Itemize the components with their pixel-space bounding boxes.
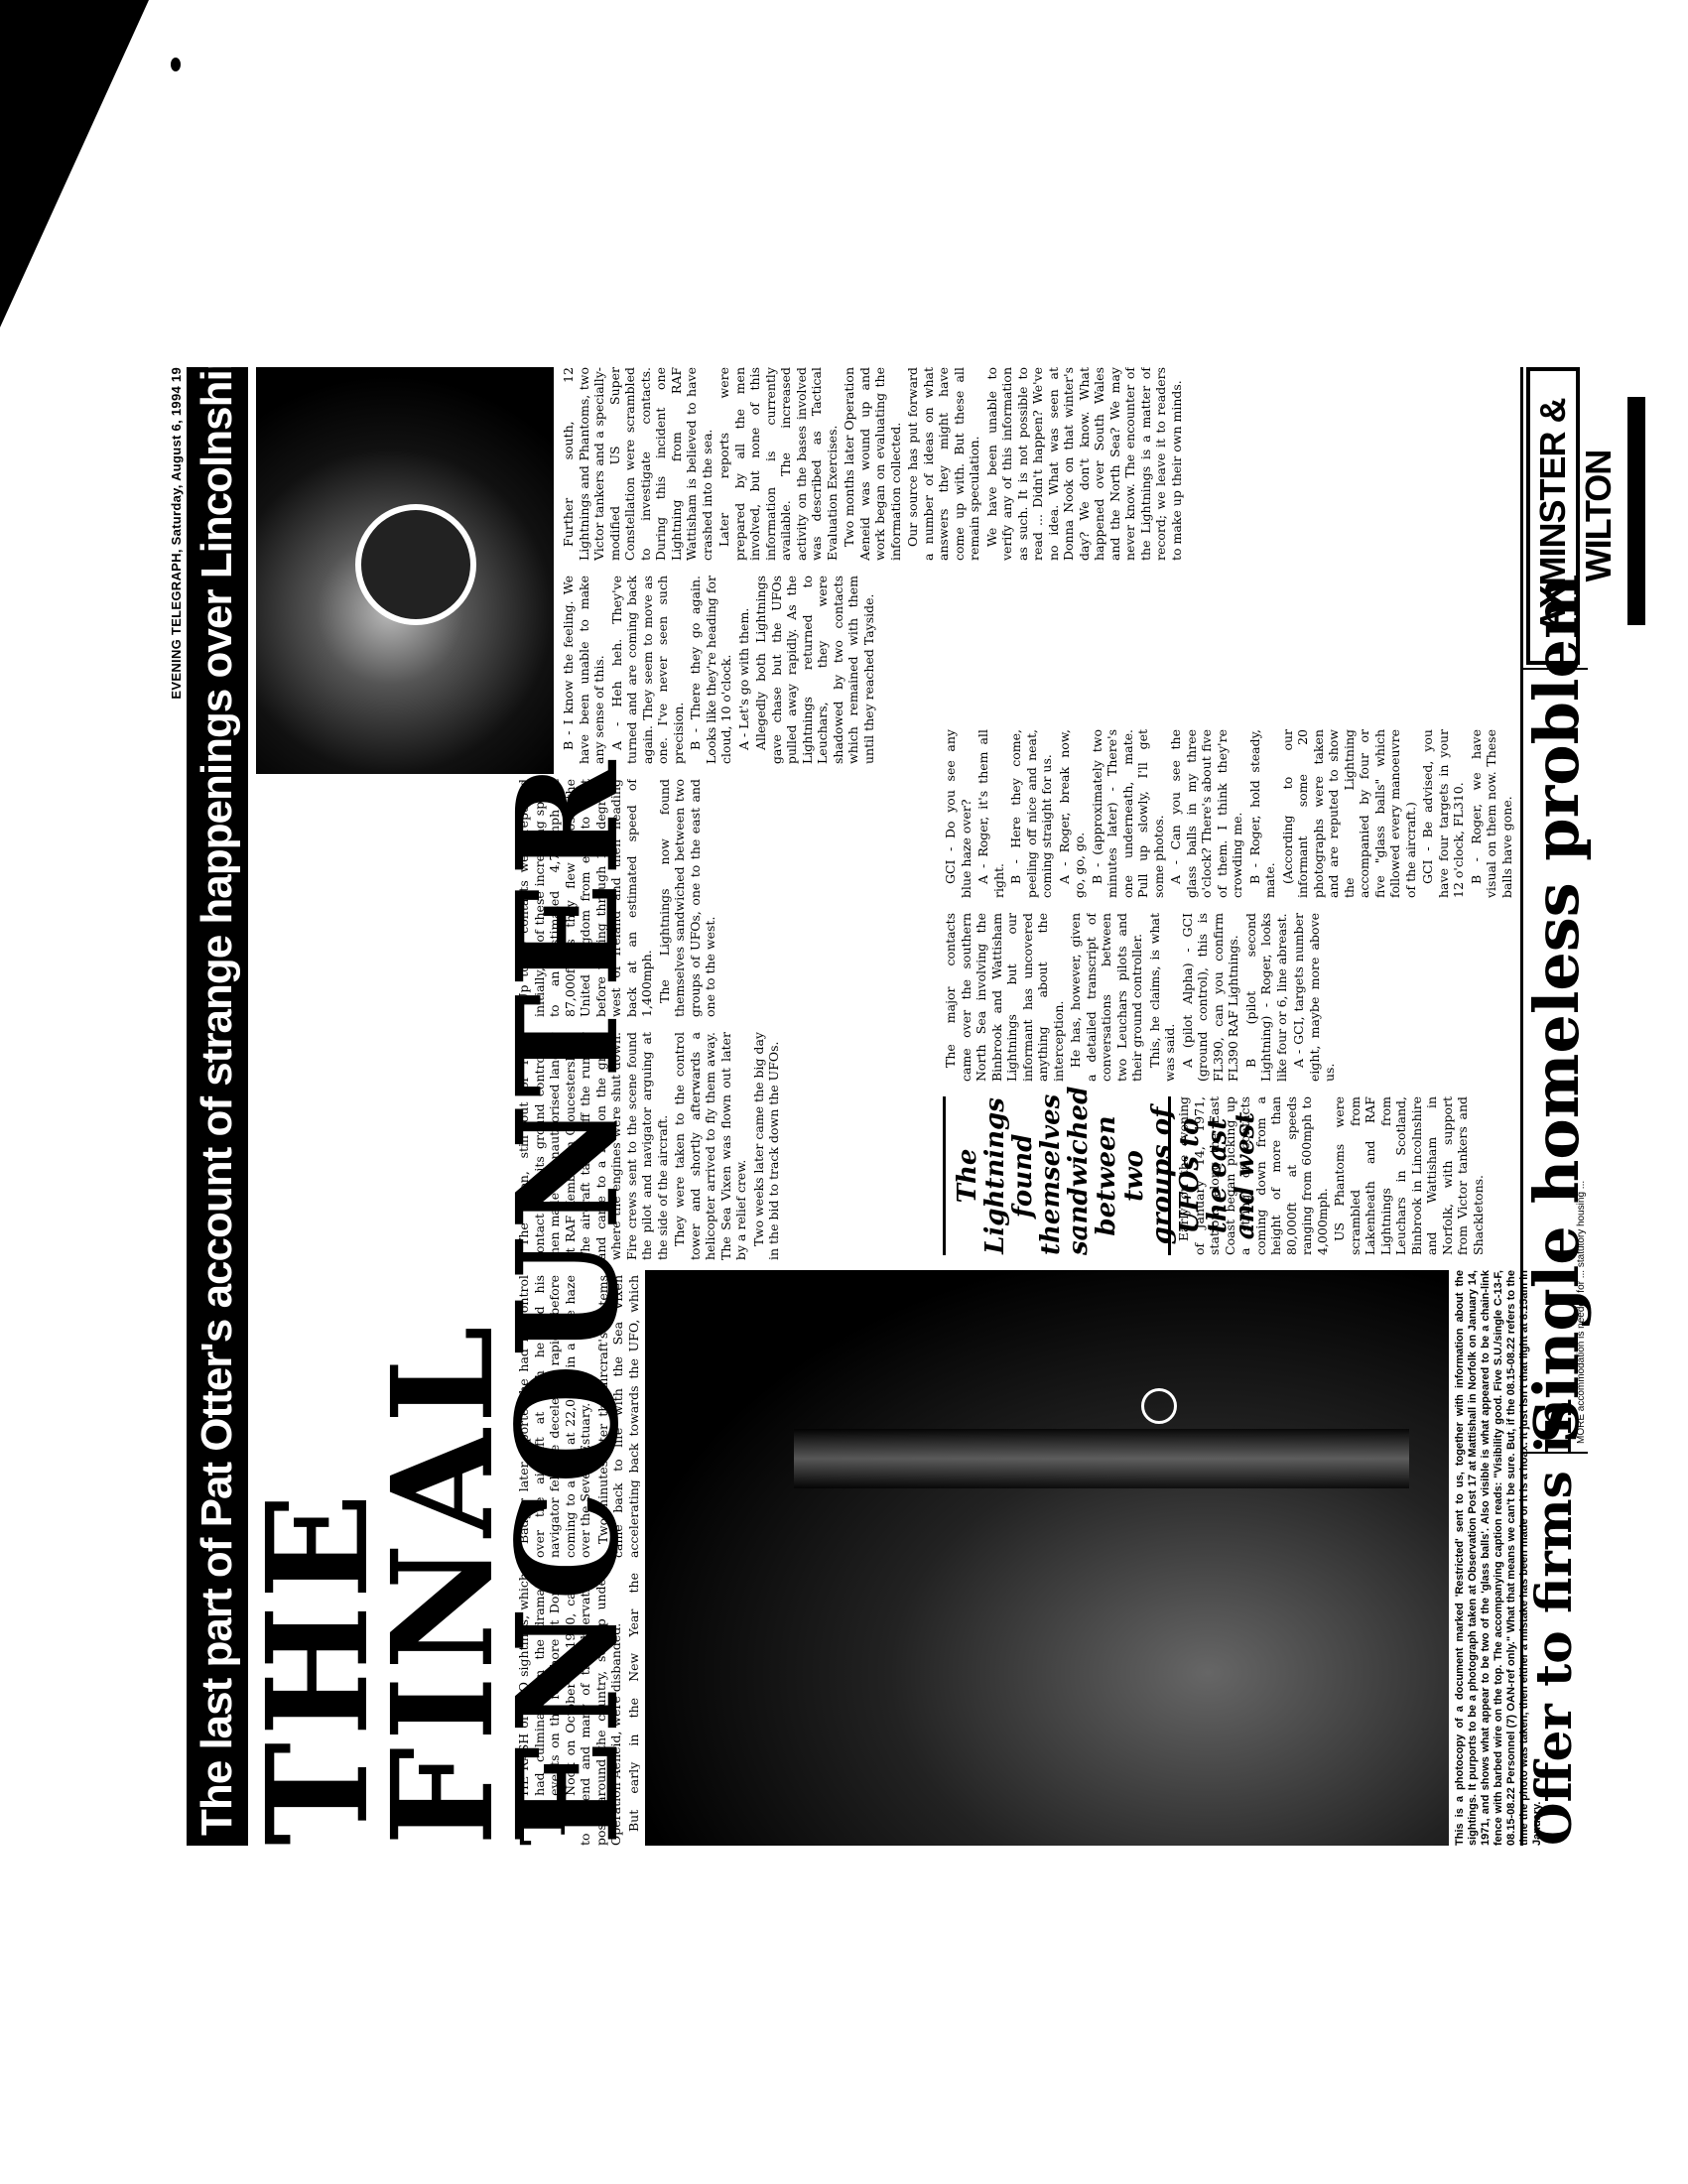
article-paragraph: Badger later reported he had no control …: [516, 1275, 593, 1558]
article-paragraph: This, he claims, is what was said.: [1147, 913, 1178, 1082]
article-column-6: The major contacts came over the souther…: [943, 913, 1518, 1082]
article-paragraph: We have been unable to verify any of thi…: [984, 367, 1185, 561]
article-paragraph: Up to 40 contacts were reported initiall…: [516, 779, 655, 1017]
page-folio: EVENING TELEGRAPH, Saturday, August 6, 1…: [169, 367, 187, 1846]
article-paragraph: The major contacts came over the souther…: [943, 913, 1066, 1082]
advert-axminster-wilton: AXMINSTER & WILTON: [1526, 367, 1580, 665]
article-paragraph: B (pilot second Lightning) - Roger, look…: [1243, 913, 1290, 1082]
article-paragraph: A - Let's go with them.: [736, 576, 752, 764]
article-teaser: MORE accommodation is needed for ... sta…: [1576, 1181, 1587, 1444]
article-column-1: THE RASH of UFO sightings, which had cul…: [516, 1573, 640, 1846]
article-paragraph: A - Heh heh. They've turned and are comi…: [609, 576, 687, 764]
photo-glass-balls: [645, 1270, 1449, 1846]
article-paragraph: Early on the evening of January 14, 1971…: [1176, 1096, 1330, 1255]
article-paragraph: Two minutes later the aircraft's systems…: [595, 1275, 641, 1558]
scan-speck: [171, 58, 181, 71]
headline-line-1: THE FINAL: [256, 1171, 506, 1846]
article-column-2: Badger later reported he had no control …: [516, 1275, 640, 1558]
article-paragraph: But early in the New Year the mysterious…: [626, 1573, 641, 1846]
article-paragraph: Allegedly both Lightnings gave chase but…: [753, 576, 876, 764]
article-paragraph: A - GCI, targets number eight, maybe mor…: [1291, 913, 1338, 1082]
headline-offer-to-firms: Offer to firms in: [1526, 1398, 1582, 1846]
article-paragraph: Our source has put forward a number of i…: [905, 367, 982, 561]
drop-cap: T: [518, 1800, 570, 1846]
article-paragraph: They were taken to the control tower and…: [672, 1032, 749, 1260]
article-column-8: B - I know the feeling. We have been una…: [561, 576, 1518, 764]
article-column-9: Further south, 12 Lightnings and Phantom…: [561, 367, 1518, 561]
article-column-3: The Vixen, still out of radio contact wi…: [516, 1032, 933, 1260]
photo-glass-ball: [1141, 1388, 1177, 1424]
article-paragraph: Two weeks later came the big day in the …: [751, 1032, 782, 1260]
article-paragraph: The Lightnings now found themselves sand…: [657, 779, 718, 1017]
article-paragraph: Later reports were prepared by all the m…: [716, 367, 840, 561]
pull-quote: The Lightnings found themselves sandwich…: [943, 1096, 1171, 1255]
article-paragraph: US Phantoms were scrambled from Lakenhea…: [1332, 1096, 1486, 1255]
article-paragraph: B - There they go again. Looks like they…: [688, 576, 734, 764]
article-paragraph: He has, however, given a detailed transc…: [1068, 913, 1145, 1082]
photo-eye-shape: [355, 504, 476, 625]
photo-fence-shape: [794, 1429, 1409, 1488]
article-paragraph: Further south, 12 Lightnings and Phantom…: [561, 367, 714, 561]
article-paragraph: B - I know the feeling. We have been una…: [561, 576, 607, 764]
article-paragraph: A (pilot Alpha) - GCI (ground control), …: [1180, 913, 1241, 1082]
newspaper-clipping: EVENING TELEGRAPH, Saturday, August 6, 1…: [169, 367, 1588, 1846]
scan-corner-shadow: [0, 0, 149, 327]
article-column-5: Early on the evening of January 14, 1971…: [1176, 1096, 1518, 1255]
article-paragraph: Two months later Operation Aeneid was wo…: [842, 367, 903, 561]
photo-eye-closeup: [256, 367, 554, 774]
scan-edge-shadow: [1627, 397, 1645, 625]
article-paragraph: The Vixen, still out of radio contact wi…: [516, 1032, 670, 1260]
article-column-4: Up to 40 contacts were reported initiall…: [516, 779, 933, 1017]
